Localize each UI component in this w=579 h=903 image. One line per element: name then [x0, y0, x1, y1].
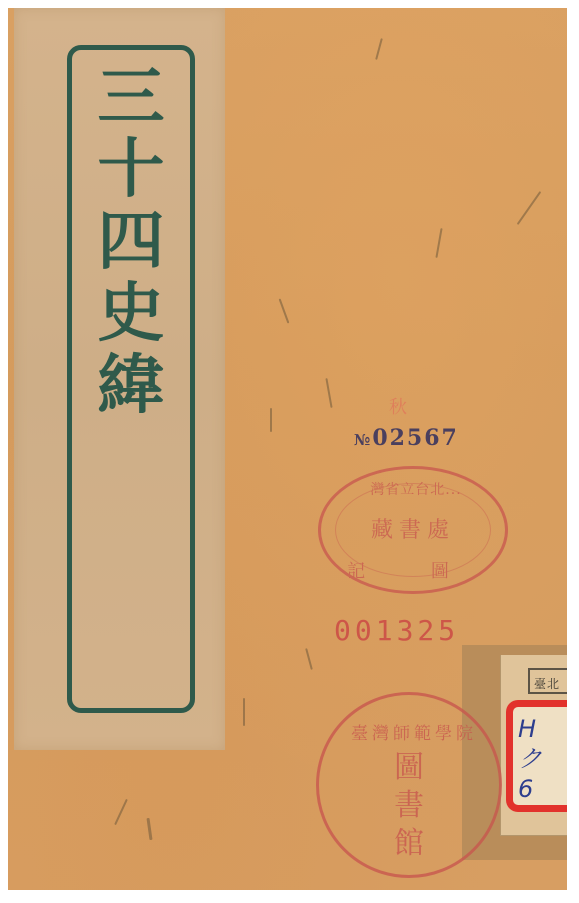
title-char: 三: [97, 62, 164, 134]
title-char: 十: [97, 134, 164, 206]
call-char: H: [518, 714, 542, 744]
round-stamp-char: 圖: [394, 749, 424, 787]
paper-fiber: [517, 191, 542, 225]
oval-stamp-middle-text: 藏書處: [321, 513, 505, 544]
call-char: ク: [518, 744, 542, 774]
paper-fiber: [305, 648, 313, 670]
round-stamp-char: 館: [394, 825, 424, 863]
oval-stamp-top-text: 灣省立台北...: [341, 479, 491, 499]
small-seal: 秋: [389, 393, 407, 419]
paper-fiber: [114, 799, 128, 825]
city-label: 臺北: [528, 668, 567, 694]
round-library-stamp: 臺灣師範學院 圖 書 館: [316, 692, 502, 878]
oval-stamp-bottom-text: 記 圖: [321, 557, 505, 583]
paper-fiber: [243, 698, 245, 726]
paper-fiber: [325, 378, 332, 408]
round-stamp-char: 書: [394, 787, 424, 825]
call-number-text: H ク 6: [518, 714, 542, 804]
round-stamp-center-text: 圖 書 館: [319, 749, 499, 863]
paper-fiber: [146, 818, 152, 840]
paper-fiber: [279, 298, 290, 323]
title-char: 四: [97, 206, 164, 278]
title-char: 史: [97, 278, 164, 350]
paper-fiber: [270, 408, 272, 432]
book-title: 三 十 四 史 緯: [67, 62, 195, 422]
call-char: 6: [518, 774, 542, 804]
oval-library-stamp: 灣省立台北... 藏書處 記 圖: [318, 466, 508, 594]
round-stamp-arc-text: 臺灣師範學院: [349, 719, 479, 744]
paper-fiber: [375, 38, 383, 60]
accession-number: №02567: [354, 425, 459, 451]
title-char: 緯: [97, 350, 164, 422]
page-margin: [567, 8, 579, 890]
paper-fiber: [435, 228, 442, 258]
number-sign: №: [354, 431, 370, 449]
accession-value: 02567: [372, 425, 459, 451]
serial-number: 001325: [334, 614, 459, 647]
